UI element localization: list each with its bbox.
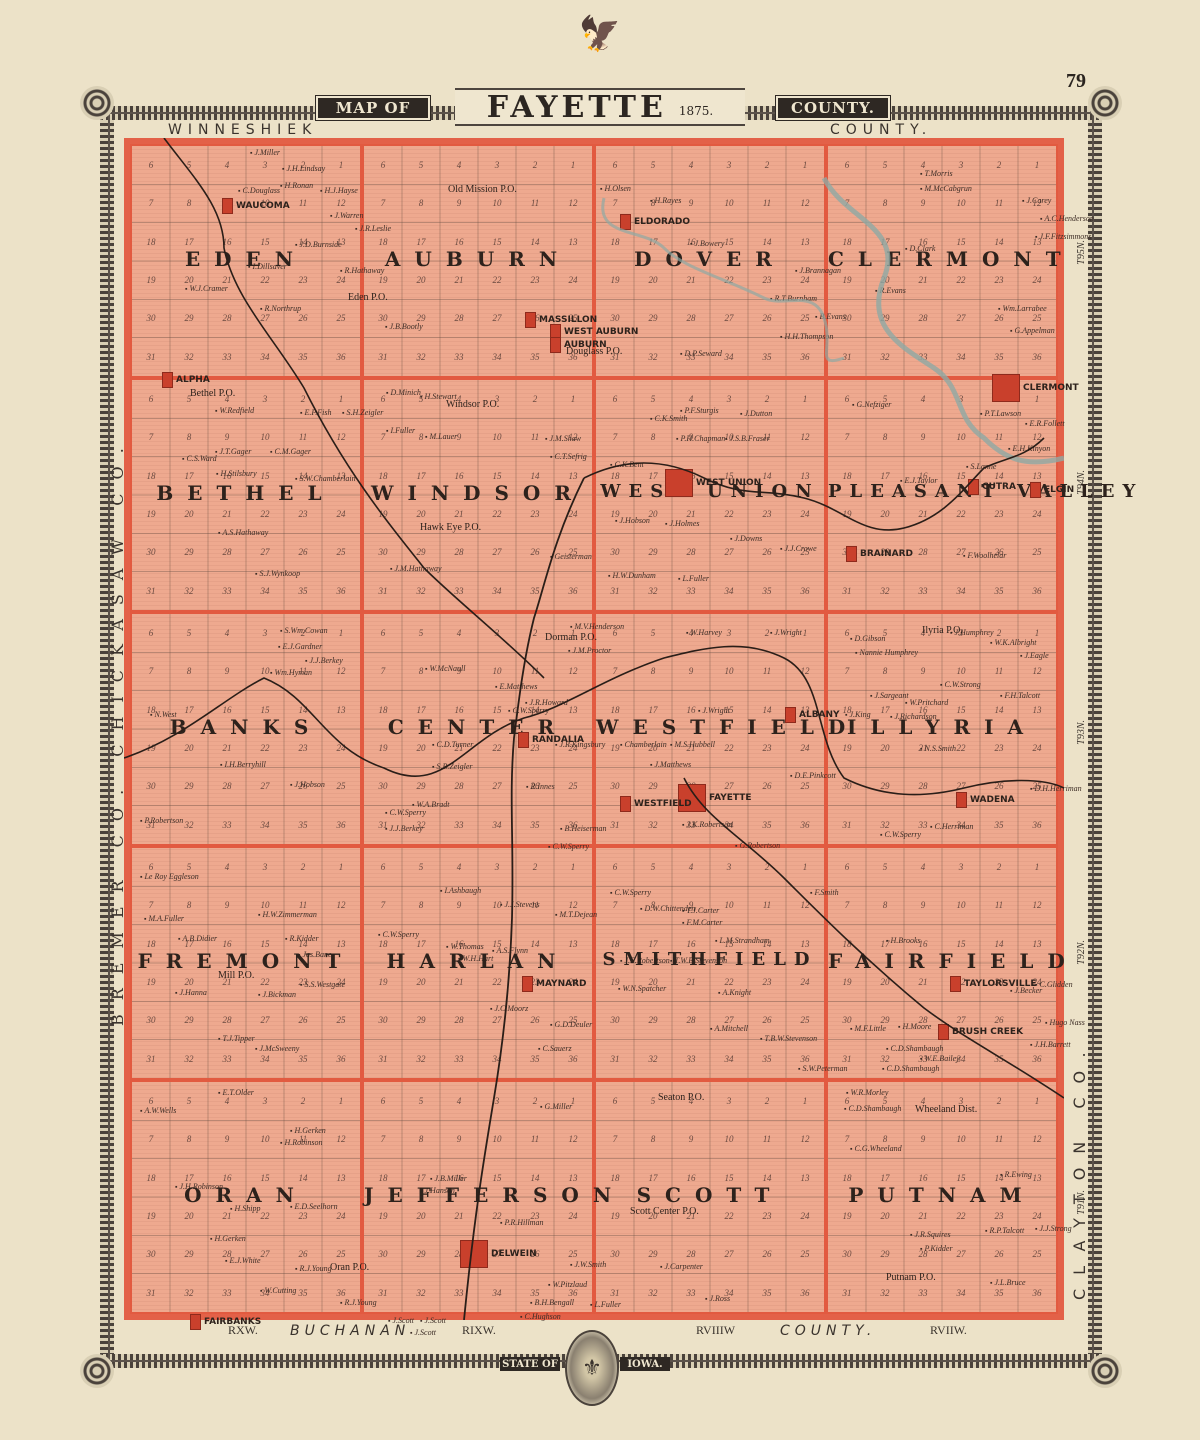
town-plat-icon — [956, 792, 967, 808]
township-name: FAIRFIELD — [828, 949, 1056, 973]
section-number: 31 — [132, 1040, 170, 1078]
resident-label: C.Glidden — [1035, 980, 1073, 989]
section-number: 36 — [554, 572, 592, 610]
section-number: 12 — [322, 1120, 360, 1158]
section-number: 26 — [284, 1001, 322, 1039]
resident-label: E.J.Gardner — [278, 642, 322, 651]
section-number: 35 — [980, 338, 1018, 376]
resident-label: M.V.Henderson — [570, 622, 624, 631]
section-number: 33 — [440, 806, 478, 844]
resident-label: J.R.Squires — [910, 1230, 951, 1239]
section-number: 29 — [866, 1235, 904, 1273]
section-number: 8 — [402, 1120, 440, 1158]
section-number: 11 — [748, 652, 786, 690]
resident-label: C.W.Strong — [940, 680, 981, 689]
town-label: ALPHA — [176, 375, 210, 385]
section-number: 34 — [478, 572, 516, 610]
section-number: 28 — [208, 299, 246, 337]
section-number: 27 — [478, 533, 516, 571]
section-number: 34 — [478, 806, 516, 844]
resident-label: W.R.Morley — [846, 1088, 888, 1097]
section-number: 35 — [980, 1040, 1018, 1078]
resident-label: W.J.Cramer — [185, 284, 228, 293]
township-scott: 6543217891011121817161514131920212223243… — [594, 1080, 826, 1314]
section-number: 1 — [322, 146, 360, 184]
section-number: 25 — [786, 1235, 824, 1273]
resident-label: G.D.Deuler — [550, 1020, 592, 1029]
section-number: 32 — [634, 338, 672, 376]
section-number: 4 — [672, 848, 710, 886]
resident-label: J.F.Fitzsimmons — [1035, 232, 1091, 241]
resident-label: C.K.Smith — [650, 414, 687, 423]
section-number: 33 — [208, 806, 246, 844]
resident-label: W.K.Albright — [990, 638, 1036, 647]
section-number: 33 — [904, 338, 942, 376]
section-number: 12 — [1018, 1120, 1056, 1158]
town-plat-icon — [1030, 482, 1041, 498]
section-number: 7 — [596, 652, 634, 690]
title-suffix-plate: COUNTY. — [776, 96, 890, 120]
town-plat-icon — [620, 214, 631, 230]
post-office-label: Mill P.O. — [218, 970, 254, 981]
section-number: 30 — [596, 533, 634, 571]
section-number: 36 — [322, 1040, 360, 1078]
resident-label: C.D.Turner — [432, 740, 473, 749]
town-wadena: WADENA — [956, 792, 1015, 808]
resident-label: S.W.Peterman — [798, 1064, 848, 1073]
section-number: 4 — [208, 848, 246, 886]
section-number: 4 — [208, 614, 246, 652]
resident-label: J.L.Bruce — [990, 1278, 1026, 1287]
section-number: 28 — [904, 1235, 942, 1273]
north-county-label: WINNESHIEK — [168, 122, 317, 138]
town-brush-creek: BRUSH CREEK — [938, 1024, 1023, 1040]
section-number: 10 — [710, 1120, 748, 1158]
resident-label: E.H.Kinyon — [1008, 444, 1050, 453]
section-number: 5 — [402, 614, 440, 652]
section-number: 26 — [748, 767, 786, 805]
section-number: 8 — [634, 652, 672, 690]
resident-label: J.Carpenter — [660, 1262, 703, 1271]
resident-label: J.Warren — [330, 211, 363, 220]
township-smithfield: 6543217891011121817161514131920212223243… — [594, 846, 826, 1080]
section-number: 6 — [364, 614, 402, 652]
section-number: 7 — [596, 1120, 634, 1158]
section-number: 26 — [516, 533, 554, 571]
resident-label: R.J.Young — [295, 1264, 332, 1273]
town-plat-icon — [950, 976, 961, 992]
resident-label: J.J.Berkey — [305, 656, 343, 665]
township-name: DOVER — [596, 247, 824, 271]
section-number: 5 — [170, 146, 208, 184]
town-plat-icon — [518, 732, 529, 748]
resident-label: F.Woolhelar — [963, 551, 1006, 560]
section-number: 11 — [980, 184, 1018, 222]
town-label: MAYNARD — [536, 979, 586, 989]
resident-label: C.W.Sperry — [385, 808, 426, 817]
section-number: 34 — [710, 572, 748, 610]
post-office-label: Seaton P.O. — [658, 1092, 704, 1103]
section-number: 27 — [246, 1235, 284, 1273]
section-number: 30 — [364, 767, 402, 805]
section-number: 12 — [322, 886, 360, 924]
section-number: 27 — [710, 1235, 748, 1273]
resident-label: C.D.Shambaugh — [886, 1044, 943, 1053]
section-number: 6 — [828, 146, 866, 184]
township-name: CLERMONT — [828, 247, 1056, 271]
resident-label: P.R.Hillman — [500, 1218, 543, 1227]
township-clermont: 6543217891011121817161514131920212223243… — [826, 144, 1058, 378]
resident-label: J.Matthews — [650, 760, 691, 769]
section-number: 29 — [170, 767, 208, 805]
section-number: 34 — [942, 1274, 980, 1312]
section-number: 36 — [1018, 572, 1056, 610]
section-number: 35 — [748, 1040, 786, 1078]
section-number: 36 — [1018, 806, 1056, 844]
section-number: 27 — [478, 767, 516, 805]
resident-label: J.Hobson — [615, 516, 650, 525]
section-number: 28 — [672, 299, 710, 337]
section-number: 27 — [246, 767, 284, 805]
town-waucoma: WAUCOMA — [222, 198, 290, 214]
section-number: 10 — [478, 1120, 516, 1158]
section-number: 36 — [786, 338, 824, 376]
section-number: 30 — [364, 1235, 402, 1273]
section-number: 29 — [634, 533, 672, 571]
resident-label: Chamberlain — [620, 740, 667, 749]
section-number: 30 — [828, 1235, 866, 1273]
section-number: 30 — [132, 299, 170, 337]
section-number: 1 — [554, 848, 592, 886]
township-name: WINDSOR — [364, 481, 592, 505]
resident-label: W.Pitzlaud — [548, 1280, 587, 1289]
section-number: 2 — [516, 146, 554, 184]
section-number: 4 — [672, 146, 710, 184]
section-number: 8 — [170, 184, 208, 222]
resident-label: J.B.Bootly — [385, 322, 423, 331]
section-number: 29 — [866, 299, 904, 337]
resident-label: S.B.Zeigler — [432, 762, 472, 771]
post-office-label: Scott Center P.O. — [630, 1206, 699, 1217]
section-number: 7 — [132, 418, 170, 456]
town-label: RANDALIA — [532, 735, 584, 745]
post-office-label: Old Mission P.O. — [448, 184, 517, 195]
resident-label: R.T.Burnham — [770, 294, 817, 303]
section-number: 34 — [246, 338, 284, 376]
section-number: 9 — [208, 652, 246, 690]
section-number: 7 — [132, 1120, 170, 1158]
township-name: BANKS — [132, 715, 360, 739]
section-number: 9 — [208, 886, 246, 924]
resident-label: J.Dutton — [740, 409, 772, 418]
resident-label: R.P.Talcott — [985, 1226, 1024, 1235]
resident-label: J.M.Hathaway — [390, 564, 442, 573]
resident-label: W.N.Spatcher — [618, 984, 666, 993]
resident-label: C.W.Sperry — [880, 830, 921, 839]
section-number: 2 — [284, 1082, 322, 1120]
town-label: AUBURN — [564, 340, 607, 350]
section-number: 3 — [942, 146, 980, 184]
resident-label: P.H.Chapman — [676, 434, 725, 443]
section-number: 2 — [980, 146, 1018, 184]
resident-label: E.Matthews — [495, 682, 537, 691]
section-number: 1 — [322, 1082, 360, 1120]
resident-label: C.W.Sperry — [378, 930, 419, 939]
section-number: 32 — [402, 338, 440, 376]
resident-label: J.T.Gager — [215, 447, 251, 456]
township-name: SMITHFIELD — [596, 949, 824, 970]
section-number: 35 — [748, 1274, 786, 1312]
section-number: 5 — [866, 146, 904, 184]
resident-label: J.Bickman — [258, 990, 296, 999]
section-number: 32 — [402, 1274, 440, 1312]
town-westfield: WESTFIELD — [620, 796, 692, 812]
section-number: 1 — [554, 380, 592, 418]
section-number: 29 — [402, 299, 440, 337]
section-number: 35 — [748, 806, 786, 844]
township-jefferson: 6543217891011121817161514131920212223243… — [362, 1080, 594, 1314]
township-name: HARLAN — [364, 949, 592, 973]
township-name: PUTNAM — [828, 1183, 1056, 1207]
section-number: 3 — [710, 146, 748, 184]
section-number: 10 — [942, 1120, 980, 1158]
section-number: 31 — [364, 1040, 402, 1078]
town-delwein: DELWEIN — [460, 1240, 537, 1268]
section-number: 6 — [364, 1082, 402, 1120]
section-number: 8 — [634, 1120, 672, 1158]
resident-label: C.Hughson — [520, 1312, 561, 1321]
section-number: 26 — [748, 1235, 786, 1273]
iowa-seal-icon: ⚜ — [565, 1330, 619, 1406]
section-number: 5 — [634, 848, 672, 886]
resident-label: C.M.Gager — [270, 447, 311, 456]
post-office-label: Oran P.O. — [330, 1262, 369, 1273]
resident-label: N.S.Smith — [920, 744, 956, 753]
section-number: 8 — [866, 418, 904, 456]
county-map: 6543217891011121817161514131920212223243… — [124, 138, 1064, 1320]
section-number: 33 — [208, 1274, 246, 1312]
section-number: 33 — [440, 338, 478, 376]
section-number: 6 — [132, 146, 170, 184]
section-number: 25 — [322, 533, 360, 571]
town-label: WEST UNION — [696, 478, 761, 488]
town-label: WEST AUBURN — [564, 327, 638, 337]
town-plat-icon — [846, 546, 857, 562]
resident-label: P.Robertson — [140, 816, 183, 825]
section-number: 3 — [246, 848, 284, 886]
section-number: 25 — [1018, 533, 1056, 571]
resident-label: J.Hobson — [290, 780, 325, 789]
township-tag-t91n: T91N. — [1076, 1190, 1087, 1215]
section-number: 8 — [170, 418, 208, 456]
section-number: 11 — [980, 652, 1018, 690]
section-number: 9 — [208, 1120, 246, 1158]
section-number: 36 — [322, 806, 360, 844]
resident-label: R.Ewing — [1000, 1170, 1032, 1179]
resident-label: C.W.Sperry — [508, 706, 549, 715]
resident-label: M.A.Fuller — [144, 914, 184, 923]
section-number: 3 — [710, 848, 748, 886]
resident-label: J.S.B.Fraser — [725, 434, 770, 443]
town-label: ELGIN — [1044, 485, 1074, 495]
section-number: 11 — [748, 184, 786, 222]
section-number: 27 — [246, 533, 284, 571]
section-number: 7 — [596, 418, 634, 456]
section-number: 4 — [904, 848, 942, 886]
post-office-label: Putnam P.O. — [886, 1272, 936, 1283]
section-number: 27 — [710, 299, 748, 337]
post-office-label: Bethel P.O. — [190, 388, 235, 399]
section-number: 30 — [132, 533, 170, 571]
section-number: 28 — [904, 1001, 942, 1039]
section-number: 12 — [786, 1120, 824, 1158]
section-number: 12 — [1018, 886, 1056, 924]
section-number: 6 — [828, 848, 866, 886]
section-number: 9 — [672, 652, 710, 690]
section-number: 25 — [322, 299, 360, 337]
section-number: 31 — [364, 338, 402, 376]
resident-label: J.McSweeny — [255, 1044, 299, 1053]
town-west-union: WEST UNION — [665, 469, 761, 497]
section-number: 34 — [710, 1274, 748, 1312]
resident-label: S.Wm.Cowan — [280, 626, 328, 635]
section-number: 26 — [980, 1235, 1018, 1273]
section-number: 32 — [170, 338, 208, 376]
resident-label: E.T.Older — [218, 1088, 254, 1097]
resident-label: C.Herriman — [930, 822, 973, 831]
resident-label: G.Robertson — [735, 841, 780, 850]
section-number: 2 — [284, 848, 322, 886]
section-number: 3 — [478, 146, 516, 184]
section-number: 8 — [866, 652, 904, 690]
resident-label: J.Carey — [1022, 196, 1051, 205]
section-number: 32 — [866, 338, 904, 376]
post-office-label: Eden P.O. — [348, 292, 388, 303]
section-number: 31 — [596, 1040, 634, 1078]
resident-label: H.Gerken — [290, 1126, 326, 1135]
section-number: 1 — [322, 848, 360, 886]
section-number: 6 — [596, 146, 634, 184]
resident-label: H.W.Dunham — [608, 571, 656, 580]
title-ribbon: FAYETTE 1875. — [455, 88, 745, 126]
resident-label: Geisterman — [550, 552, 592, 561]
section-number: 1 — [786, 848, 824, 886]
section-number: 32 — [170, 572, 208, 610]
town-brainard: BRAINARD — [846, 546, 913, 562]
section-number: 8 — [402, 184, 440, 222]
town-plat-icon — [620, 796, 631, 812]
resident-label: M.Lauer — [425, 432, 457, 441]
resident-label: W.E.Bailey — [920, 1054, 960, 1063]
section-number: 27 — [710, 1001, 748, 1039]
resident-label: Le Roy Eggleson — [140, 872, 199, 881]
section-number: 30 — [364, 299, 402, 337]
resident-label: J.J.Crowe — [780, 544, 817, 553]
section-number: 28 — [672, 533, 710, 571]
section-number: 35 — [284, 806, 322, 844]
resident-label: J.C.Moorz — [490, 1004, 528, 1013]
range-tag-rixw: RIXW. — [462, 1323, 496, 1338]
section-number: 29 — [866, 767, 904, 805]
section-number: 10 — [942, 886, 980, 924]
section-number: 31 — [828, 572, 866, 610]
section-number: 34 — [478, 1274, 516, 1312]
resident-label: J.Wright — [698, 706, 730, 715]
south-county-suffix: COUNTY. — [780, 1323, 876, 1339]
resident-label: A.Mitchell — [710, 1024, 748, 1033]
town-cutra: CUTRA — [968, 479, 1016, 495]
section-number: 7 — [828, 184, 866, 222]
section-number: 30 — [132, 1001, 170, 1039]
section-number: 36 — [786, 572, 824, 610]
resident-label: A.B.Didier — [178, 934, 217, 943]
resident-label: L.Fuller — [590, 1300, 621, 1309]
town-plat-icon — [222, 198, 233, 214]
resident-label: B.H.Bengall — [530, 1298, 574, 1307]
resident-label: C.G.Wheeland — [850, 1144, 902, 1153]
resident-label: I.Fuller — [386, 426, 415, 435]
section-number: 7 — [364, 418, 402, 456]
resident-label: R.Northrup — [260, 304, 301, 313]
resident-label: L.Fuller — [678, 574, 709, 583]
section-number: 7 — [132, 184, 170, 222]
section-number: 25 — [322, 1001, 360, 1039]
section-number: 2 — [516, 380, 554, 418]
section-number: 35 — [284, 338, 322, 376]
section-number: 33 — [208, 572, 246, 610]
resident-label: J.W.Smith — [570, 1260, 606, 1269]
resident-label: D.E.Pinkcott — [790, 771, 836, 780]
township-windsor: 6543217891011121817161514131920212223243… — [362, 378, 594, 612]
resident-label: A.W.Wells — [140, 1106, 176, 1115]
resident-label: H.Ronan — [280, 181, 313, 190]
section-number: 3 — [478, 1082, 516, 1120]
resident-label: J.Scott — [388, 1316, 414, 1325]
resident-label: S.S.Westgate — [300, 980, 345, 989]
resident-label: R.Evans — [875, 286, 906, 295]
section-number: 10 — [942, 418, 980, 456]
resident-label: G.Appelman — [1010, 326, 1055, 335]
township-tag-t93n: T93N. — [1076, 720, 1087, 745]
resident-label: M.T.Dejean — [555, 910, 597, 919]
resident-label: B.Evans — [815, 312, 846, 321]
section-number: 9 — [904, 1120, 942, 1158]
section-number: 36 — [322, 338, 360, 376]
town-plat-icon — [938, 1024, 949, 1040]
section-number: 11 — [516, 1120, 554, 1158]
post-office-label: Windsor P.O. — [446, 399, 499, 410]
section-number: 32 — [170, 1040, 208, 1078]
town-taylorsville: TAYLORSVILLE — [950, 976, 1036, 992]
resident-label: H.Rayes — [650, 196, 681, 205]
town-label: WADENA — [970, 795, 1015, 805]
resident-label: E.J.White — [225, 1256, 261, 1265]
resident-label: C.Douglass — [238, 186, 280, 195]
resident-label: J.B.Miller — [430, 1174, 467, 1183]
section-number: 7 — [132, 652, 170, 690]
town-elgin: ELGIN — [1030, 482, 1074, 498]
section-number: 29 — [402, 1235, 440, 1273]
resident-label: D.Gibson — [850, 634, 885, 643]
section-number: 6 — [596, 380, 634, 418]
section-number: 35 — [516, 338, 554, 376]
section-number: 33 — [440, 1040, 478, 1078]
section-number: 4 — [208, 146, 246, 184]
township-dover: 6543217891011121817161514131920212223243… — [594, 144, 826, 378]
section-number: 1 — [786, 1082, 824, 1120]
section-number: 4 — [440, 1082, 478, 1120]
town-plat-icon — [785, 707, 796, 723]
